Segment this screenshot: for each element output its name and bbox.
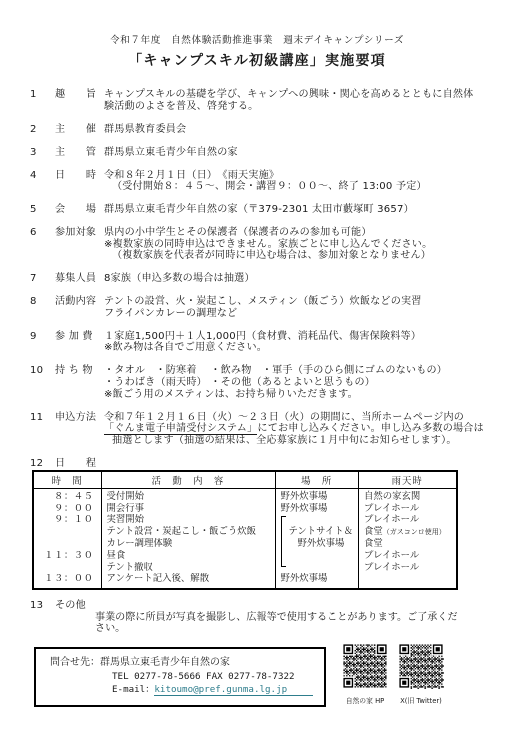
item-purpose: 1 趣 旨 キャンプスキルの基礎を学び、キャンプへの興味・関心を高めるとともに自… [30, 89, 492, 112]
item-label: 参加対象 [55, 227, 104, 262]
item-organizer: 2 主 催 群馬県教育委員会 [30, 124, 492, 136]
table-row: ９：００ 開会行事 野外炊事場 プレイホール [33, 503, 457, 515]
item-number: 4 [30, 170, 55, 193]
item-text: ・タオル ・防寒着 ・飲み物 ・軍手（手のひら側にゴムのないもの） [104, 365, 492, 377]
contact-email-line: E-mail：kitoumo@pref.gunma.lg.jp [112, 683, 318, 697]
time-cell [33, 538, 101, 550]
rain-cell: プレイホール [359, 550, 457, 562]
place-cell: 野外炊事場 [275, 489, 359, 503]
item-number: 3 [30, 147, 55, 159]
col-header-place: 場 所 [275, 471, 359, 489]
time-cell: ９：００ [33, 503, 101, 515]
rain-cell: 食堂（ガスコンロ使用） [359, 526, 457, 538]
activity-cell: 昼食 [101, 550, 275, 562]
item-text: さい。 [95, 623, 492, 635]
item-text: キャンプスキルの基礎を学び、キャンプへの興味・関心を高めるとともに自然体 [104, 89, 492, 101]
item-number: 12 [30, 458, 55, 470]
activity-cell: カレー調理体験 [101, 538, 275, 550]
item-label: 申込方法 [55, 412, 104, 447]
rain-cell: 自然の家玄関 [359, 489, 457, 503]
item-text: テントの設営、火・炭起こし、メスティン（飯ごう）炊飯などの実習 [104, 296, 492, 308]
item-text: ※複数家族の同時申込はできません。家族ごとに申し込んでください。 [104, 239, 492, 251]
item-text: 「ぐんま電子申請受付システム」にてお申し込みください。申し込み多数の場合は [104, 423, 492, 435]
place-group-line: 野外炊事場 [289, 538, 354, 550]
item-number: 13 [30, 600, 55, 612]
table-row: １１：３０ 昼食 プレイホール [33, 550, 457, 562]
place-group-line: テントサイト＆ [289, 526, 354, 538]
contact-tel-fax: TEL 0277-78-5666 FAX 0277-78-7322 [112, 670, 318, 684]
item-text: 群馬県立東毛青少年自然の家（〒379-2301 太田市藪塚町 3657） [104, 204, 492, 216]
time-cell [33, 562, 101, 574]
item-text: 抽選とします（抽選の結果は、全応募家族に１月中旬にお知らせします）。 [104, 435, 492, 447]
item-text: にてお申し込みください。申し込み多数の場合は [257, 423, 483, 434]
item-application: 11 申込方法 令和７年１２月１６日（火）～２３日（火）の期間に、当所ホームペー… [30, 412, 492, 447]
item-text: 群馬県立東毛青少年自然の家 [104, 147, 492, 159]
item-number: 8 [30, 296, 55, 319]
rain-cell: プレイホール [359, 514, 457, 526]
item-datetime: 4 日 時 令和８年２月１日（日） 《雨天実施》 （受付開始８：４５～、開会・講… [30, 170, 492, 193]
table-row: カレー調理体験 食堂 [33, 538, 457, 550]
table-row: ８：４５ 受付開始 野外炊事場 自然の家玄関 [33, 489, 457, 503]
table-row: ９：１０ 実習開始 テントサイト＆ 野外炊事場 プレイホール [33, 514, 457, 526]
schedule-table-wrap: 時 間 活 動 内 容 場 所 雨天時 ８：４５ 受付開始 野外炊事場 自然の家… [32, 470, 514, 590]
item-text: ・うわばき（雨天時） ・その他（あるとよいと思うもの） [104, 377, 492, 389]
series-line: 令和７年度 自然体験活動推進事業 週末デイキャンプシリーズ [0, 32, 514, 46]
item-text: 令和７年１２月１６日（火）～２３日（火）の期間に、当所ホームページ内の [104, 412, 492, 424]
item-number: 11 [30, 412, 55, 447]
time-cell: ８：４５ [33, 489, 101, 503]
activity-cell: 実習開始 [101, 514, 275, 526]
item-label: 趣 旨 [55, 89, 104, 112]
col-header-activity: 活 動 内 容 [101, 471, 275, 489]
item-label: 主 催 [55, 124, 104, 136]
activity-cell: 受付開始 [101, 489, 275, 503]
place-group-cell: テントサイト＆ 野外炊事場 [275, 514, 359, 573]
activity-cell: アンケート記入後、解散 [101, 573, 275, 589]
time-cell: １１：３０ [33, 550, 101, 562]
contact-section: 問合せ先：群馬県立東毛青少年自然の家 TEL 0277-78-5666 FAX … [34, 647, 514, 707]
item-label: 募集人員 [55, 273, 104, 285]
item-number: 7 [30, 273, 55, 285]
item-venue: 5 会 場 群馬県立東毛青少年自然の家（〒379-2301 太田市藪塚町 365… [30, 204, 492, 216]
item-label: 持 ち 物 [55, 365, 104, 400]
rain-cell: プレイホール [359, 562, 457, 574]
item-text: 令和８年２月１日（日） 《雨天実施》 [104, 170, 492, 182]
item-text: （受付開始８：４５～、開会・講習９：００～、終了 13:00 予定） [104, 181, 492, 193]
item-text: ※飯ごう用のメスティンは、お持ち帰りいただきます。 [104, 389, 492, 401]
contact-box: 問合せ先：群馬県立東毛青少年自然の家 TEL 0277-78-5666 FAX … [34, 647, 326, 707]
item-number: 9 [30, 331, 55, 354]
item-label: 日 時 [55, 170, 104, 193]
item-text: 8家族（申込多数の場合は抽選） [104, 273, 492, 285]
page-title: 「キャンプスキル初級講座」実施要項 [0, 50, 514, 70]
email-link[interactable]: kitoumo@pref.gunma.lg.jp [154, 684, 313, 696]
item-text: フライパンカレーの調理など [104, 308, 492, 320]
document-page: 令和７年度 自然体験活動推進事業 週末デイキャンプシリーズ 「キャンプスキル初級… [0, 0, 514, 732]
item-label: 主 管 [55, 147, 104, 159]
item-capacity: 7 募集人員 8家族（申込多数の場合は抽選） [30, 273, 492, 285]
item-fee: 9 参 加 費 １家庭1,500円＋１人1,000円（食材費、消耗品代、傷害保険… [30, 331, 492, 354]
qr-x-block: X(旧 Twitter) [398, 643, 444, 705]
item-belongings: 10 持 ち 物 ・タオル ・防寒着 ・飲み物 ・軍手（手のひら側にゴムのないも… [30, 365, 492, 400]
item-text: 県内の小中学生とその保護者（保護者のみの参加も可能） [104, 227, 492, 239]
table-row: テント設営・炭起こし・飯ごう炊飯 食堂（ガスコンロ使用） [33, 526, 457, 538]
item-administrator: 3 主 管 群馬県立東毛青少年自然の家 [30, 147, 492, 159]
item-other: 13 その他 [30, 600, 492, 612]
item-label: 会 場 [55, 204, 104, 216]
item-other-body: 事業の際に所員が写真を撮影し、広報等で使用することがあります。ご了承くだ さい。 [95, 612, 492, 635]
item-text: 事業の際に所員が写真を撮影し、広報等で使用することがあります。ご了承くだ [95, 612, 492, 624]
item-label: その他 [55, 600, 104, 612]
item-activities: 8 活動内容 テントの設営、火・炭起こし、メスティン（飯ごう）炊飯などの実習 フ… [30, 296, 492, 319]
item-number: 5 [30, 204, 55, 216]
qr-x-label: X(旧 Twitter) [398, 695, 444, 705]
item-label: 参 加 費 [55, 331, 104, 354]
col-header-time: 時 間 [33, 471, 101, 489]
qr-hp-label: 自然の家 HP [342, 695, 388, 705]
item-text: （複数家族を代表者が同時に申込む場合は、参加対象となりません） [104, 250, 492, 262]
schedule-header-row: 時 間 活 動 内 容 場 所 雨天時 [33, 471, 457, 489]
item-text: 験活動のよさを普及、啓発する。 [104, 101, 492, 113]
qr-area: 自然の家 HP X(旧 Twitter) [342, 643, 454, 705]
item-text: 群馬県教育委員会 [104, 124, 492, 136]
item-other-wrap: 13 その他 [30, 600, 492, 612]
time-cell: ９：１０ [33, 514, 101, 526]
item-text: １家庭1,500円＋１人1,000円（食材費、消耗品代、傷害保険料等） [104, 331, 492, 343]
item-label: 活動内容 [55, 296, 104, 319]
qr-x-icon [398, 643, 444, 689]
col-header-rain: 雨天時 [359, 471, 457, 489]
activity-cell: テント撤収 [101, 562, 275, 574]
item-number: 1 [30, 89, 55, 112]
table-row: １３：００ アンケート記入後、解散 野外炊事場 [33, 573, 457, 589]
activity-cell: テント設営・炭起こし・飯ごう炊飯 [101, 526, 275, 538]
qr-hp-block: 自然の家 HP [342, 643, 388, 705]
time-cell: １３：００ [33, 573, 101, 589]
time-cell [33, 526, 101, 538]
contact-name: 問合せ先：群馬県立東毛青少年自然の家 [50, 656, 318, 670]
rain-cell: プレイホール [359, 503, 457, 515]
item-label: 日 程 [55, 458, 104, 470]
rain-cell [359, 573, 457, 589]
items-list: 1 趣 旨 キャンプスキルの基礎を学び、キャンプへの興味・関心を高めるとともに自… [30, 89, 492, 469]
item-number: 2 [30, 124, 55, 136]
item-number: 10 [30, 365, 55, 400]
email-label: E-mail： [112, 684, 154, 695]
item-eligibility: 6 参加対象 県内の小中学生とその保護者（保護者のみの参加も可能） ※複数家族の… [30, 227, 492, 262]
place-cell: 野外炊事場 [275, 503, 359, 515]
item-schedule-heading: 12 日 程 [30, 458, 492, 470]
rain-note: （ガスコンロ使用） [383, 528, 446, 536]
item-text: ※飲み物は各自でご用意ください。 [104, 342, 492, 354]
schedule-table: 時 間 活 動 内 容 場 所 雨天時 ８：４５ 受付開始 野外炊事場 自然の家… [32, 470, 458, 590]
place-cell: 野外炊事場 [275, 573, 359, 589]
item-number: 6 [30, 227, 55, 262]
table-row: テント撤収 プレイホール [33, 562, 457, 574]
application-system-name: 「ぐんま電子申請受付システム」 [104, 423, 257, 435]
activity-cell: 開会行事 [101, 503, 275, 515]
rain-cell: 食堂 [359, 538, 457, 550]
qr-hp-icon [342, 643, 388, 689]
